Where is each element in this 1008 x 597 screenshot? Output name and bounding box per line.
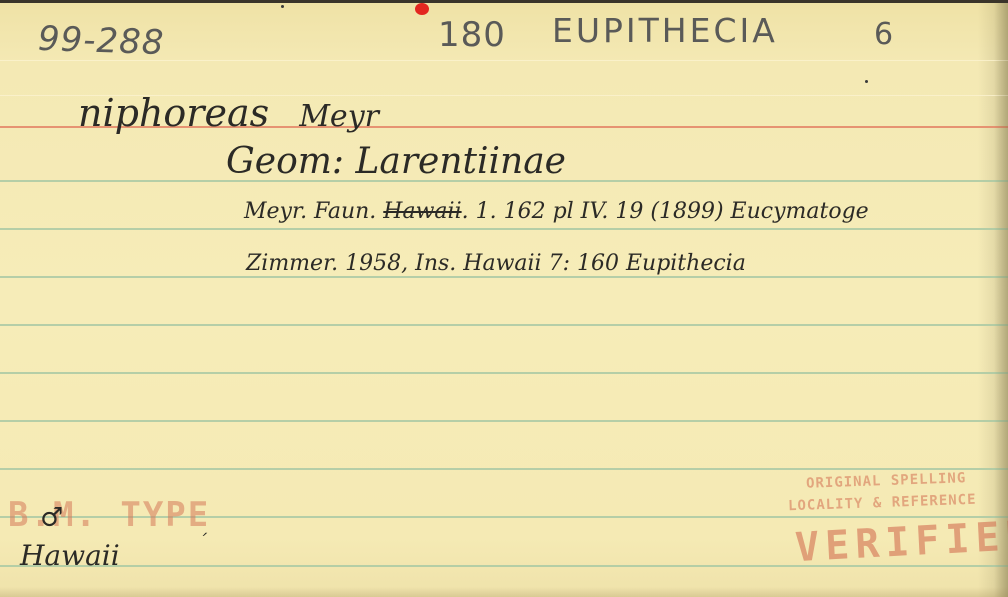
bm-type-stamp: B.M. TYPE — [8, 495, 210, 535]
card-edge-shadow — [994, 3, 1008, 597]
red-marker-dot-icon — [415, 3, 429, 15]
sex-symbol: ♂ — [40, 503, 63, 533]
verified-stamp-line3: VERIFIED. — [794, 511, 1008, 571]
reference-1: Meyr. Faun. Hawaii. 1. 162 pl IV. 19 (18… — [244, 199, 869, 224]
verified-stamp-line1: ORIGINAL SPELLING — [806, 470, 967, 492]
reference-1-prefix: Meyr. Faun. — [244, 199, 376, 224]
reference-2: Zimmer. 1958, Ins. Hawaii 7: 160 Eupithe… — [246, 251, 746, 276]
blue-rule — [0, 276, 1008, 278]
species-index: 6 — [874, 17, 894, 52]
genus-name: EUPITHECIA — [552, 11, 778, 50]
reference-1-struck-text: Hawaii — [383, 199, 461, 224]
species-author: Meyr — [299, 99, 379, 134]
species-line: niphoreas Meyr — [78, 91, 379, 135]
blue-rule — [0, 324, 1008, 326]
tick-mark: ´ — [198, 531, 207, 552]
genus-number: 180 — [438, 15, 506, 55]
classification: Geom: Larentiinae — [226, 141, 566, 182]
blue-rule — [0, 468, 1008, 470]
index-card: 99-288 180 EUPITHECIA 6 niphoreas Meyr G… — [0, 0, 1008, 597]
reference-1-rest: . 1. 162 pl IV. 19 (1899) Eucymatoge — [462, 199, 869, 224]
locality: Hawaii — [20, 539, 120, 572]
blue-rule — [0, 228, 1008, 230]
catalog-number: 99-288 — [37, 19, 165, 63]
card-bottom-shadow — [0, 587, 1008, 597]
species-name: niphoreas — [78, 91, 269, 135]
blue-rule — [0, 372, 1008, 374]
verified-stamp-line2: LOCALITY & REFERENCE — [788, 492, 977, 515]
speck — [865, 80, 868, 83]
speck — [281, 5, 284, 8]
blue-rule — [0, 420, 1008, 422]
